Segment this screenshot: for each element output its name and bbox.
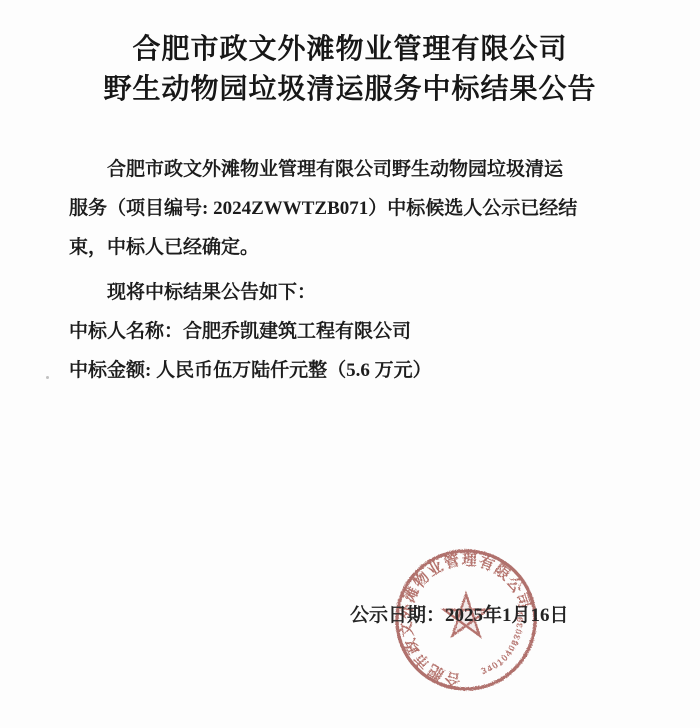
body-line: 现将中标结果公告如下：	[69, 273, 569, 312]
announcement-page: 合肥市政文外滩物业管理有限公司 野生动物园垃圾清运服务中标结果公告 合肥市政文外…	[0, 0, 700, 728]
page-title: 合肥市政文外滩物业管理有限公司 野生动物园垃圾清运服务中标结果公告	[0, 30, 700, 110]
body-line: 合肥市政文外滩物业管理有限公司野生动物园垃圾清运	[69, 150, 569, 189]
body-line: 中标人名称：合肥乔凯建筑工程有限公司	[69, 312, 569, 351]
scan-speck	[46, 376, 49, 379]
body-line: 服务（项目编号: 2024ZWWTZB071）中标候选人公示已经结	[69, 189, 569, 228]
announcement-body: 合肥市政文外滩物业管理有限公司野生动物园垃圾清运服务（项目编号: 2024ZWW…	[69, 150, 569, 390]
title-line-2: 野生动物园垃圾清运服务中标结果公告	[0, 70, 700, 110]
body-line: 束，中标人已经确定。	[69, 228, 569, 267]
publish-date: 公示日期：2025年1月16日	[350, 600, 569, 627]
title-line-1: 合肥市政文外滩物业管理有限公司	[0, 30, 700, 70]
body-line: 中标金额: 人民币伍万陆仟元整（5.6 万元）	[69, 351, 569, 390]
